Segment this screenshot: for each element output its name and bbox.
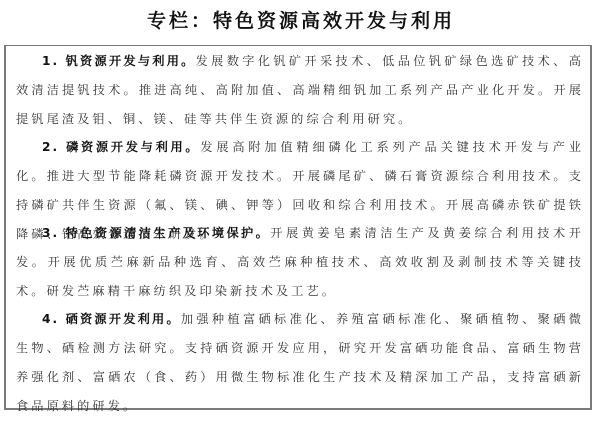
paragraph-heading: 3. 特色资源清洁生产及环境保护。 [42, 226, 270, 240]
column-title: 专栏：特色资源高效开发与利用 [0, 6, 602, 33]
paragraph-clean-production: 3. 特色资源清洁生产及环境保护。开展黄姜皂素清洁生产及黄姜综合利用技术开发。开… [16, 219, 584, 306]
paragraph-selenium: 4. 硒资源开发利用。加强种植富硒标准化、养殖富硒标准化、聚硒植物、聚硒微生物、… [16, 305, 584, 421]
column-box: 1. 钒资源开发与利用。发展数字化钒矿开采技术、低品位钒矿绿色选矿技术、高效清洁… [4, 45, 592, 410]
paragraph-heading: 4. 硒资源开发利用。 [42, 312, 181, 326]
paragraph-heading: 1. 钒资源开发与利用。 [42, 54, 196, 68]
paragraph-heading: 2. 磷资源开发与利用。 [42, 140, 200, 154]
paragraph-vanadium: 1. 钒资源开发与利用。发展数字化钒矿开采技术、低品位钒矿绿色选矿技术、高效清洁… [16, 47, 584, 134]
paragraph-body: 加强种植富硒标准化、养殖富硒标准化、聚硒植物、聚硒微生物、硒检测方法研究。支持硒… [16, 312, 584, 413]
